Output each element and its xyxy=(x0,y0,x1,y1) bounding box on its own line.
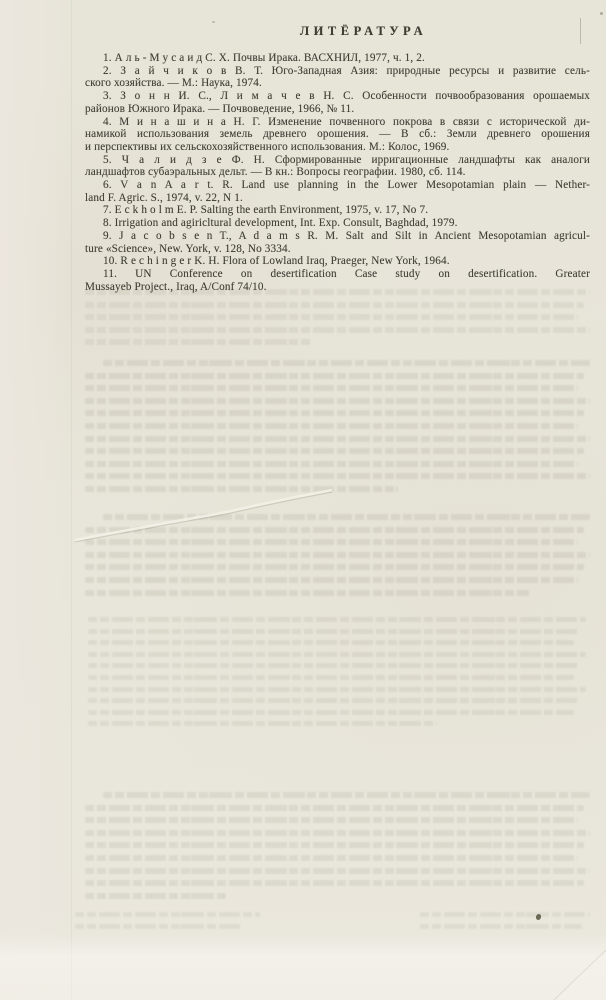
bleedthrough-line xyxy=(88,698,580,703)
references-list: 1. А л ь - М у с а и д С. Х. Почвы Ирака… xyxy=(85,52,590,293)
bleedthrough-line xyxy=(103,792,590,798)
reference-item: 9. J a c o b s e n T., A d a m s R. M. S… xyxy=(85,230,590,255)
bleedthrough-line xyxy=(85,314,578,320)
reference-line: ture «Science», New. York, v. 128, No 33… xyxy=(85,243,590,256)
bleedthrough-line xyxy=(88,663,580,668)
bleedthrough-line xyxy=(85,817,578,823)
bleedthrough-line xyxy=(85,577,578,583)
bleedthrough-line xyxy=(88,721,437,726)
bleedthrough-line xyxy=(88,687,586,692)
scan-edge-tick xyxy=(580,18,581,44)
bleedthrough-line xyxy=(85,373,584,379)
reference-item: 6. V a n A a r t. R. Land use planning i… xyxy=(85,179,590,204)
bleedthrough-line xyxy=(88,617,586,622)
reference-line: 10. R e c h i n g e r K. H. Flora of Low… xyxy=(85,255,590,268)
reference-item: 1. А л ь - М у с а и д С. Х. Почвы Ирака… xyxy=(85,52,590,65)
bleedthrough-line xyxy=(85,436,590,442)
reference-line: 11. UN Conference on desertification Cas… xyxy=(85,268,590,281)
reference-line: и перспективы их сельскохозяйственного и… xyxy=(85,141,590,154)
bleedthrough-line xyxy=(85,339,312,345)
reference-item: 7. E c k h o l m E. P. Salting the earth… xyxy=(85,204,590,217)
bleedthrough-line xyxy=(88,675,574,680)
reference-line: 6. V a n A a r t. R. Land use planning i… xyxy=(85,179,590,192)
paper-crease xyxy=(60,478,360,558)
reference-item: 3. З о н н И. С., Л и м а ч е в Н. С. Ос… xyxy=(85,90,590,115)
bleedthrough-line xyxy=(85,590,529,596)
bleedthrough-line xyxy=(88,629,580,634)
reference-line: 9. J a c o b s e n T., A d a m s R. M. S… xyxy=(85,230,590,243)
scanned-page: { "page": { "heading": "ЛИТЁРАТУРА", "re… xyxy=(0,0,606,1000)
reference-line: land F. Agric. S., 1974, v. 22, N 1. xyxy=(85,192,590,205)
reference-line: 3. З о н н И. С., Л и м а ч е в Н. С. Ос… xyxy=(85,90,590,103)
reference-item: 5. Ч а л и д з е Ф. Н. Сформированные ир… xyxy=(85,154,590,179)
ink-speck xyxy=(535,913,542,920)
reference-item: 11. UN Conference on desertification Cas… xyxy=(85,268,590,293)
bleedthrough-line xyxy=(85,448,584,454)
bleedthrough-line xyxy=(85,327,590,333)
reference-line: 8. Irrigation and agiricltural developme… xyxy=(85,217,590,230)
reference-item: 2. З а й ч и к о в В. Т. Юго-Западная Аз… xyxy=(85,65,590,90)
bleedthrough-line xyxy=(85,880,584,886)
bleedthrough-line xyxy=(420,924,582,929)
reference-line: районов Южного Ирака. — Почвоведение, 19… xyxy=(85,103,590,116)
bleedthrough-line xyxy=(103,360,590,366)
reference-line: Mussayeb Project., Iraq, A/Conf 74/10. xyxy=(85,281,590,294)
bleedthrough-line xyxy=(85,842,584,848)
reference-item: 10. R e c h i n g e r K. H. Flora of Low… xyxy=(85,255,590,268)
reference-line: намикой использования земель древнего ор… xyxy=(85,128,590,141)
bleedthrough-line xyxy=(88,652,586,657)
reference-line: ского хозяйства. — М.: Наука, 1974. xyxy=(85,77,590,90)
reference-item: 8. Irrigation and agiricltural developme… xyxy=(85,217,590,230)
bleedthrough-line xyxy=(75,912,260,917)
bleedthrough-line xyxy=(85,830,590,836)
ink-speck xyxy=(600,12,603,15)
reference-line: 5. Ч а л и д з е Ф. Н. Сформированные ир… xyxy=(85,154,590,167)
bleedthrough-line xyxy=(85,868,590,874)
reference-item: 4. М и н а ш и н а Н. Г. Изменение почве… xyxy=(85,116,590,154)
bleedthrough-line xyxy=(85,893,226,899)
bleedthrough-line xyxy=(85,855,578,861)
bleedthrough-line xyxy=(85,423,578,429)
ink-speck xyxy=(212,21,215,23)
bleedthrough-line xyxy=(75,924,242,929)
bleedthrough-line xyxy=(85,398,590,404)
reference-line: 7. E c k h o l m E. P. Salting the earth… xyxy=(85,204,590,217)
reference-line: 1. А л ь - М у с а и д С. Х. Почвы Ирака… xyxy=(85,52,590,65)
page-title: ЛИТЁРАТУРА xyxy=(85,24,590,39)
bleedthrough-line xyxy=(85,461,578,467)
reference-line: 2. З а й ч и к о в В. Т. Юго-Западная Аз… xyxy=(85,65,590,78)
bleedthrough-line xyxy=(85,302,584,308)
bleedthrough-line xyxy=(85,410,584,416)
reference-line: 4. М и н а ш и н а Н. Г. Изменение почве… xyxy=(85,116,590,129)
bleedthrough-line xyxy=(420,912,590,917)
bleedthrough-line xyxy=(88,640,574,645)
scan-glare xyxy=(0,933,606,1000)
bleedthrough-line xyxy=(88,710,574,715)
bleedthrough-line xyxy=(85,805,584,811)
bleedthrough-line xyxy=(85,564,584,570)
reference-line: ландшафтов субаэральных дельт. — В кн.: … xyxy=(85,166,590,179)
bleedthrough-line xyxy=(85,385,578,391)
